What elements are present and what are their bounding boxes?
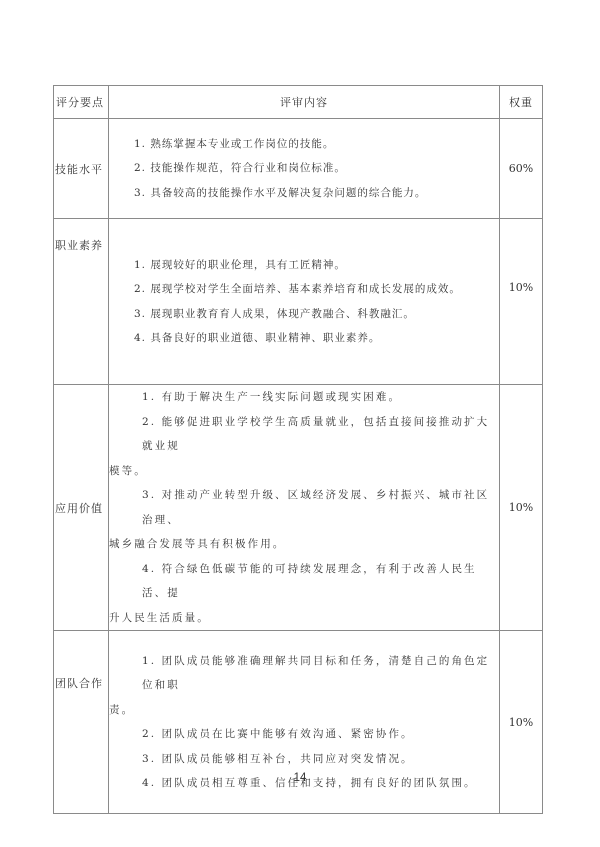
criterion-item: 2. 团队成员在比赛中能够有效沟通、紧密协作。 [109, 722, 499, 747]
criterion-item: 3. 团队成员能够相互补台，共同应对突发情况。 [109, 747, 499, 772]
criterion-item: 3. 对推动产业转型升级、区域经济发展、乡村振兴、城市社区治理、城乡融合发展等具… [109, 483, 499, 557]
weight-cell: 10% [500, 631, 543, 814]
document-page: 评分要点 评审内容 权重 技能水平 1. 熟练掌握本专业或工作岗位的技能。 2.… [0, 0, 600, 847]
content-cell: 1. 有助于解决生产一线实际问题或现实困难。 2. 能够促进职业学校学生高质量就… [109, 385, 500, 631]
table-row-teamwork: 团队合作 1. 团队成员能够准确理解共同目标和任务，清楚自己的角色定位和职责。 … [54, 631, 543, 814]
criterion-item: 1. 有助于解决生产一线实际问题或现实困难。 [109, 385, 499, 410]
criterion-item: 4. 符合绿色低碳节能的可持续发展理念，有利于改善人民生活、提升人民生活质量。 [109, 557, 499, 631]
header-scoring-point: 评分要点 [54, 86, 109, 119]
criterion-item: 2. 能够促进职业学校学生高质量就业，包括直接间接推动扩大就业规模等。 [109, 410, 499, 484]
criterion-item: 1. 展现较好的职业伦理，具有工匠精神。 [109, 253, 499, 278]
criterion-item: 2. 展现学校对学生全面培养、基本素养培育和成长发展的成效。 [109, 277, 499, 302]
weight-cell: 60% [500, 119, 543, 219]
page-number: 14 [0, 772, 600, 784]
content-cell: 1. 团队成员能够准确理解共同目标和任务，清楚自己的角色定位和职责。 2. 团队… [109, 631, 500, 814]
criterion-item: 1. 团队成员能够准确理解共同目标和任务，清楚自己的角色定位和职责。 [109, 649, 499, 723]
criterion-item: 4. 具备良好的职业道德、职业精神、职业素养。 [109, 326, 499, 351]
table-row-skill-level: 技能水平 1. 熟练掌握本专业或工作岗位的技能。 2. 技能操作规范，符合行业和… [54, 119, 543, 219]
content-cell: 1. 熟练掌握本专业或工作岗位的技能。 2. 技能操作规范，符合行业和岗位标准。… [109, 119, 500, 219]
scoring-rubric-table: 评分要点 评审内容 权重 技能水平 1. 熟练掌握本专业或工作岗位的技能。 2.… [53, 85, 543, 814]
weight-cell: 10% [500, 385, 543, 631]
criterion-item: 3. 展现职业教育育人成果，体现产教融合、科教融汇。 [109, 302, 499, 327]
category-cell: 技能水平 [54, 119, 109, 219]
category-cell: 应用价值 [54, 385, 109, 631]
table-header-row: 评分要点 评审内容 权重 [54, 86, 543, 119]
header-weight: 权重 [500, 86, 543, 119]
table-row-professional-quality: 职业素养 1. 展现较好的职业伦理，具有工匠精神。 2. 展现学校对学生全面培养… [54, 219, 543, 385]
category-cell: 团队合作 [54, 631, 109, 814]
criterion-item: 2. 技能操作规范，符合行业和岗位标准。 [109, 156, 499, 181]
criterion-item: 3. 具备较高的技能操作水平及解决复杂问题的综合能力。 [109, 181, 499, 206]
table-row-application-value: 应用价值 1. 有助于解决生产一线实际问题或现实困难。 2. 能够促进职业学校学… [54, 385, 543, 631]
category-cell: 职业素养 [54, 219, 109, 385]
header-review-content: 评审内容 [109, 86, 500, 119]
content-cell: 1. 展现较好的职业伦理，具有工匠精神。 2. 展现学校对学生全面培养、基本素养… [109, 219, 500, 385]
criterion-item: 1. 熟练掌握本专业或工作岗位的技能。 [109, 132, 499, 157]
weight-cell: 10% [500, 219, 543, 385]
